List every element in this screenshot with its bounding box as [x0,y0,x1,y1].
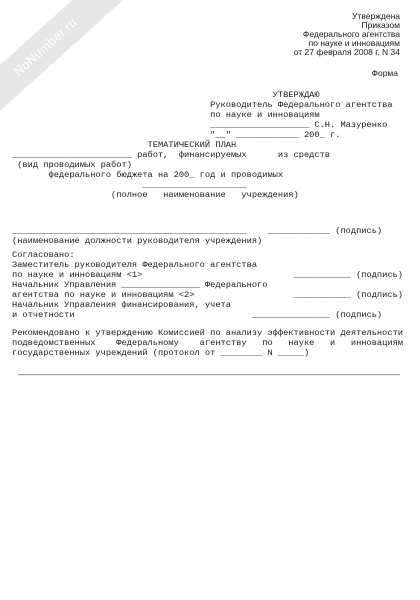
divider-rule [18,374,400,376]
approve-and-title-block: УТВЕРЖДАЮ Руководитель Федерального аген… [12,90,393,200]
agreed-signatures-block: Согласовано: Заместитель руководителя Фе… [12,250,403,320]
form-label: Форма [372,68,399,78]
document-page: NoNumber.ru Утверждена Приказом Федераль… [0,0,420,600]
approval-stamp: Утверждена Приказом Федерального агентст… [294,12,400,57]
recommendation-block: Рекомендовано к утверждению Комиссией по… [12,328,403,358]
director-signature-block: ________________________________________… [12,226,382,246]
watermark-label: NoNumber.ru [11,15,80,79]
